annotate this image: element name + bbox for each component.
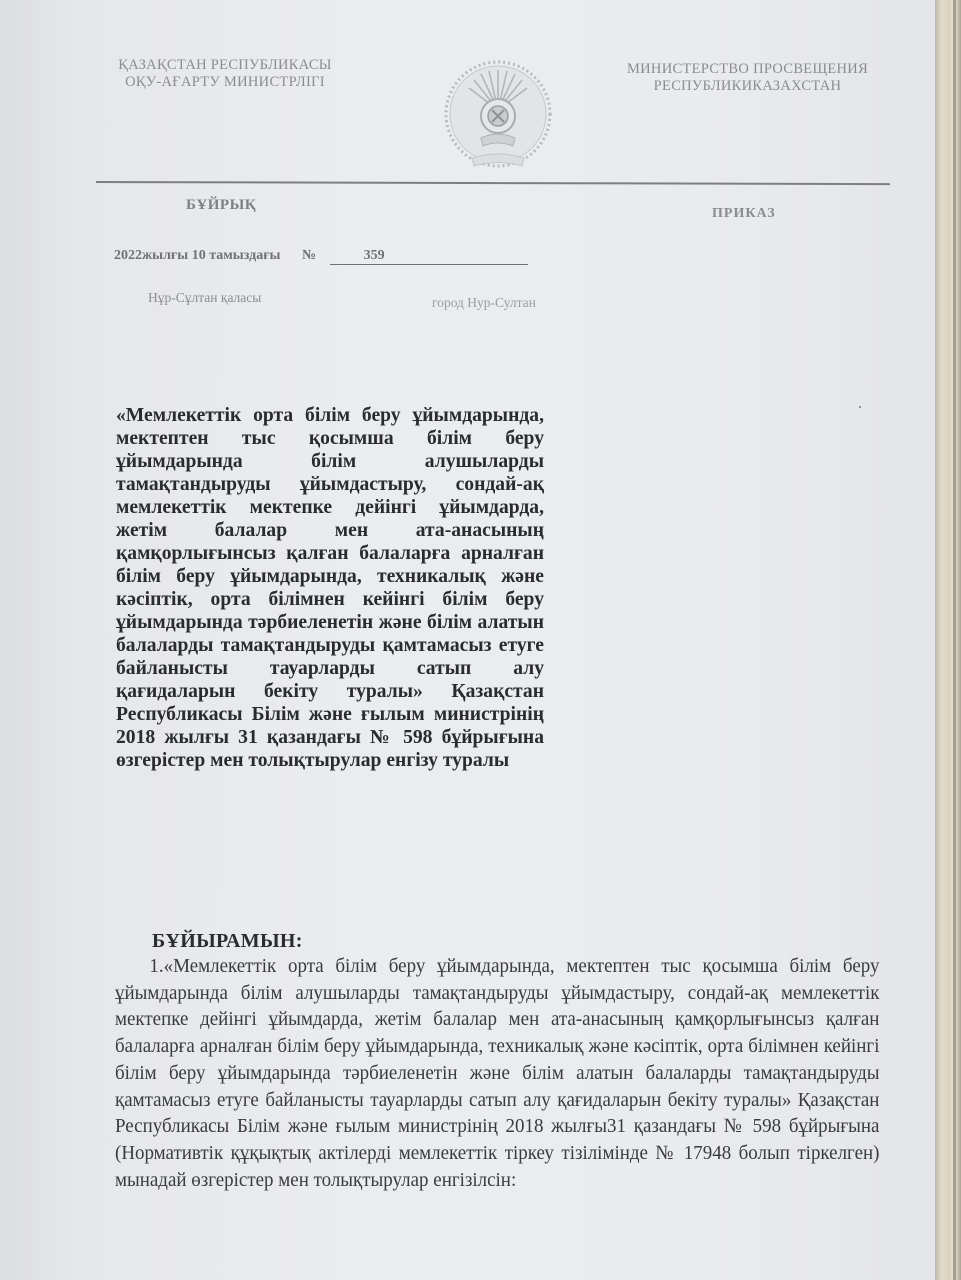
header-ru-line-2: РЕСПУБЛИКИКАЗАХСТАН	[595, 78, 900, 95]
paper-stack-edge	[935, 0, 961, 1280]
ministry-header-kz: ҚАЗАҚСТАН РЕСПУБЛИКАСЫ ОҚУ-АҒАРТУ МИНИСТ…	[90, 57, 360, 91]
state-emblem-icon	[437, 58, 559, 176]
paper-speck	[859, 406, 861, 408]
number-sign: №	[302, 248, 316, 263]
header-ru-line-1: МИНИСТЕРСТВО ПРОСВЕЩЕНИЯ	[595, 61, 900, 78]
doc-type-ru: ПРИКАЗ	[712, 206, 776, 222]
order-date: 2022жылғы 10 тамыздағы	[114, 248, 280, 263]
order-title: «Мемлекеттік орта білім беру ұйымдарында…	[116, 404, 544, 772]
header-kz-line-1: ҚАЗАҚСТАН РЕСПУБЛИКАСЫ	[90, 57, 360, 74]
city-ru: город Нур-Султан	[432, 295, 536, 311]
ministry-header-ru: МИНИСТЕРСТВО ПРОСВЕЩЕНИЯ РЕСПУБЛИКИКАЗАХ…	[595, 61, 900, 95]
doc-type-kz: БҰЙРЫҚ	[186, 197, 256, 214]
header-kz-line-2: ОҚУ-АҒАРТУ МИНИСТРЛІГІ	[90, 74, 360, 91]
paper-edge-shadow	[953, 0, 956, 1280]
paragraph-1: 1.«Мемлекеттік орта білім беру ұйымдарын…	[115, 953, 879, 1193]
order-heading: БҰЙЫРАМЫН:	[152, 930, 303, 953]
city-kz: Нұр-Сұлтан қаласы	[148, 290, 261, 306]
date-number-line: 2022жылғы 10 тамыздағы № 359	[114, 248, 528, 265]
order-number: 359	[330, 248, 528, 265]
